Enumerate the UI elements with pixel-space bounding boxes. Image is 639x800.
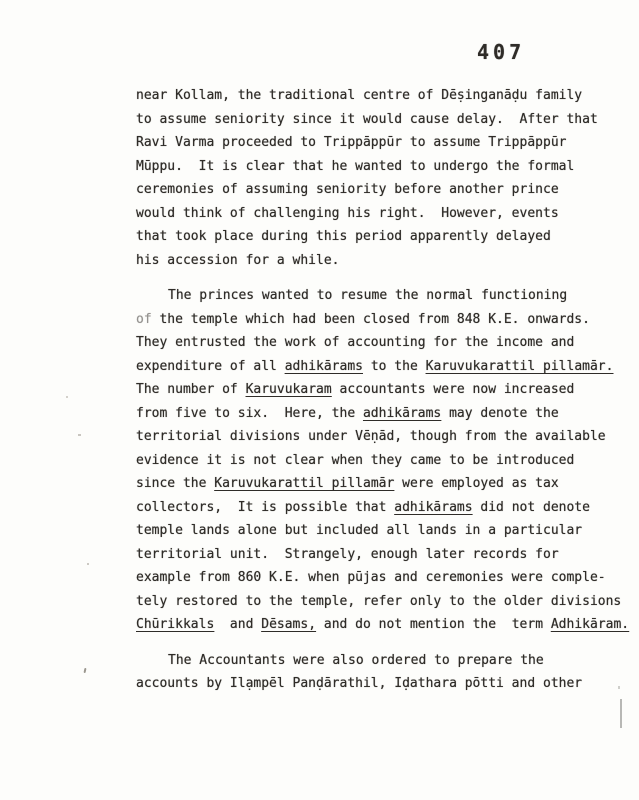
text-line: temple lands alone but included all land… <box>136 522 636 546</box>
text-segment: The number of <box>136 382 246 397</box>
text-segment: of <box>136 312 152 327</box>
text-line: The Accountants were also ordered to pre… <box>136 652 636 676</box>
underlined-term: Karuvukaram <box>246 382 332 397</box>
text-line: his accession for a while. <box>136 252 636 276</box>
text-segment: to the <box>363 359 426 374</box>
text-line: ceremonies of assuming seniority before … <box>136 181 636 205</box>
text-line: of the temple which had been closed from… <box>136 311 636 335</box>
text-segment: that took place during this period appar… <box>136 229 551 244</box>
paragraph: near Kollam, the traditional centre of D… <box>136 87 636 275</box>
scan-artifact-margin-speck <box>84 668 87 673</box>
text-segment: did not denote <box>473 500 590 515</box>
text-segment: temple lands alone but included all land… <box>136 523 582 538</box>
text-line: accounts by Ilạmpēl Panḍārathil, Iḍathar… <box>136 675 636 699</box>
text-segment: expenditure of all <box>136 359 285 374</box>
text-line: tely restored to the temple, refer only … <box>136 593 636 617</box>
text-segment: example from 860 K.E. when pūjas and cer… <box>136 570 606 585</box>
scan-artifact-margin-speck <box>87 563 89 565</box>
text-line: to assume seniority since it would cause… <box>136 111 636 135</box>
text-line: collectors, It is possible that adhikāra… <box>136 499 636 523</box>
text-line: The number of Karuvukaram accountants we… <box>136 381 636 405</box>
text-segment: The Accountants were also ordered to pre… <box>168 653 544 668</box>
page-number: 407 <box>477 40 525 64</box>
scan-artifact-margin-speck <box>66 396 68 398</box>
scan-artifact-margin-speck <box>78 434 81 436</box>
text-segment: and do not mention the term <box>316 617 551 632</box>
text-segment: to assume seniority since it would cause… <box>136 112 598 127</box>
text-segment: collectors, It is possible that <box>136 500 394 515</box>
paragraph: The Accountants were also ordered to pre… <box>136 652 636 699</box>
text-line: would think of challenging his right. Ho… <box>136 205 636 229</box>
text-line: that took place during this period appar… <box>136 228 636 252</box>
text-segment: his accession for a while. <box>136 253 340 268</box>
text-line: The princes wanted to resume the normal … <box>136 287 636 311</box>
underlined-term: Dēsams, <box>261 617 316 632</box>
text-segment: accountants were now increased <box>332 382 575 397</box>
text-segment: territorial unit. Strangely, enough late… <box>136 547 559 562</box>
scan-artifact-edge-line <box>620 699 622 728</box>
text-segment: since the <box>136 476 214 491</box>
text-segment: They entrusted the work of accounting fo… <box>136 335 574 350</box>
text-line: They entrusted the work of accounting fo… <box>136 334 636 358</box>
text-segment: and <box>214 617 261 632</box>
text-segment: territorial divisions under Vēṇād, thoug… <box>136 429 606 444</box>
paragraph: The princes wanted to resume the normal … <box>136 287 636 640</box>
text-segment: Mūppu. It is clear that he wanted to und… <box>136 159 574 174</box>
text-segment: tely restored to the temple, refer only … <box>136 594 621 609</box>
text-segment: The princes wanted to resume the normal … <box>168 288 567 303</box>
underlined-term: Adhikāram. <box>551 617 629 632</box>
text-line: expenditure of all adhikārams to the Kar… <box>136 358 636 382</box>
underlined-term: Chūrikkals <box>136 617 214 632</box>
underlined-term: adhikārams <box>394 500 472 515</box>
scanned-document-page: 407 near Kollam, the traditional centre … <box>0 0 639 800</box>
underlined-term: adhikārams <box>363 406 441 421</box>
text-segment: Ravi Varma proceeded to Trippāppūr to as… <box>136 135 566 150</box>
text-segment: ceremonies of assuming seniority before … <box>136 182 559 197</box>
text-segment: evidence it is not clear when they came … <box>136 453 574 468</box>
underlined-term: Karuvukarattil pillamār <box>214 476 394 491</box>
text-segment: may denote the <box>441 406 558 421</box>
text-segment: would think of challenging his right. Ho… <box>136 206 559 221</box>
text-line: evidence it is not clear when they came … <box>136 452 636 476</box>
text-segment: accounts by Ilạmpēl Panḍārathil, Iḍathar… <box>136 676 582 691</box>
text-line: since the Karuvukarattil pillamār were e… <box>136 475 636 499</box>
text-segment: were employed as tax <box>394 476 558 491</box>
text-line: territorial divisions under Vēṇād, thoug… <box>136 428 636 452</box>
underlined-term: Karuvukarattil pillamār. <box>426 359 614 374</box>
text-segment: from five to six. Here, the <box>136 406 363 421</box>
text-segment: the temple which had been closed from 84… <box>152 312 590 327</box>
text-line: example from 860 K.E. when pūjas and cer… <box>136 569 636 593</box>
text-line: territorial unit. Strangely, enough late… <box>136 546 636 570</box>
text-line: from five to six. Here, the adhikārams m… <box>136 405 636 429</box>
text-line: near Kollam, the traditional centre of D… <box>136 87 636 111</box>
text-segment: near Kollam, the traditional centre of D… <box>136 88 582 103</box>
text-line: Mūppu. It is clear that he wanted to und… <box>136 158 636 182</box>
underlined-term: adhikārams <box>285 359 363 374</box>
document-body: near Kollam, the traditional centre of D… <box>136 87 636 699</box>
text-line: Ravi Varma proceeded to Trippāppūr to as… <box>136 134 636 158</box>
text-line: Chūrikkals and Dēsams, and do not mentio… <box>136 616 636 640</box>
